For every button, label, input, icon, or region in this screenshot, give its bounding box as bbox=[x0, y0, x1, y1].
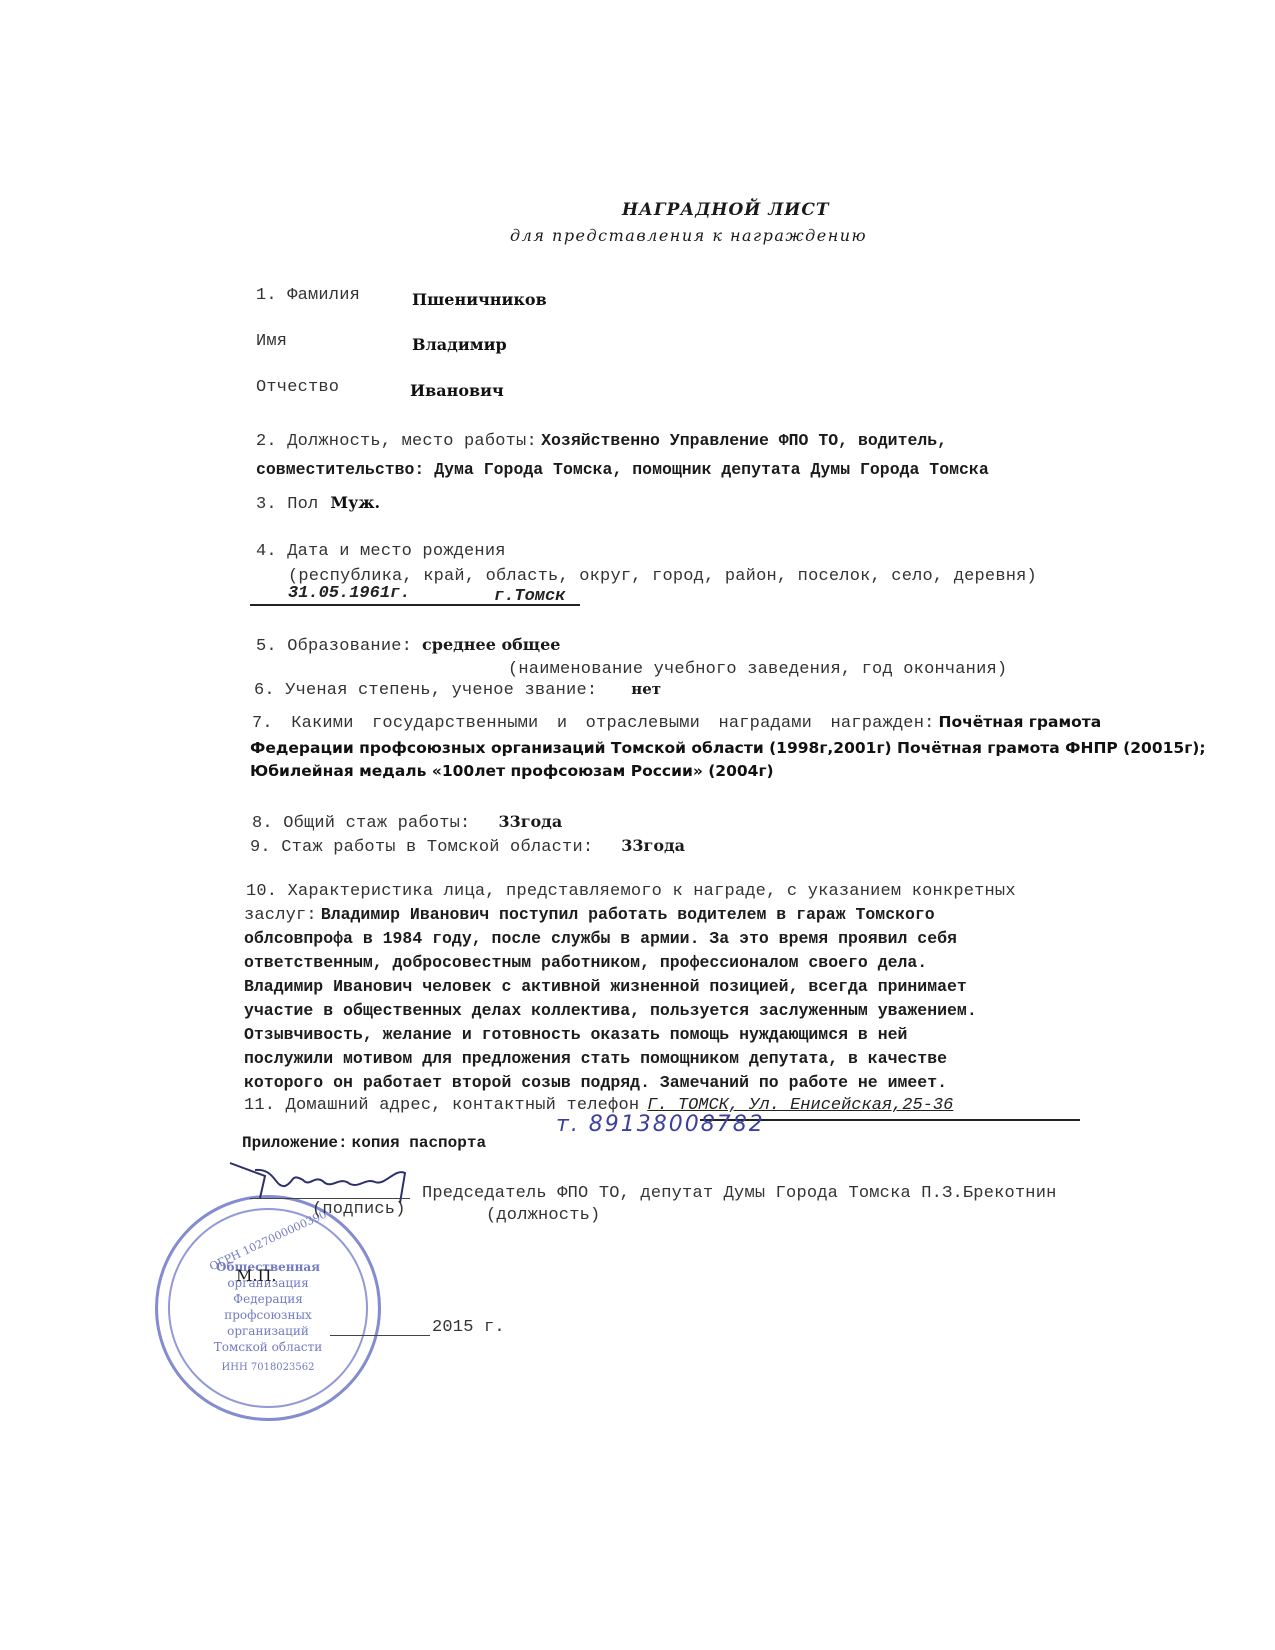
characteristic-text-5: участие в общественных делах коллектива,… bbox=[244, 1001, 977, 1022]
position-line-1: 2. Должность, место работы: Хозяйственно… bbox=[256, 430, 947, 451]
stamp-line-6: Томской области bbox=[158, 1340, 378, 1354]
patronymic-label: Отчество bbox=[256, 378, 339, 397]
document-year: 2015 г. bbox=[432, 1318, 505, 1337]
organization-stamp: ОГРН 1027000000390 Общественная организа… bbox=[155, 1195, 381, 1421]
awards-line-1: 7. Какими государственными и отраслевыми… bbox=[252, 713, 1192, 733]
attachment-value: копия паспорта bbox=[352, 1134, 486, 1152]
characteristic-text-7: послужили мотивом для предложения стать … bbox=[244, 1049, 947, 1070]
document-subtitle: для представления к награждению bbox=[510, 226, 867, 245]
signer-position: Председатель ФПО ТО, депутат Думы Города… bbox=[422, 1184, 1057, 1203]
birth-label: 4. Дата и место рождения bbox=[256, 542, 506, 561]
name-value: Владимир bbox=[412, 335, 507, 354]
characteristic-line-1: заслуг: Владимир Иванович поступил работ… bbox=[244, 905, 935, 926]
phone-handwritten: т. 89138008782 bbox=[556, 1112, 765, 1137]
awards-value-1: Почётная грамота bbox=[939, 713, 1102, 731]
degree-row: 6. Ученая степень, ученое звание: нет bbox=[254, 680, 661, 700]
characteristic-text-1: Владимир Иванович поступил работать води… bbox=[321, 905, 935, 924]
stamp-line-4: профсоюзных bbox=[158, 1308, 378, 1322]
signature-caption: (подпись) bbox=[312, 1200, 406, 1219]
stamp-inn: ИНН 7018023562 bbox=[158, 1362, 378, 1373]
gender-value: Муж. bbox=[330, 493, 380, 512]
regional-experience-value: 33года bbox=[621, 836, 685, 855]
date-line bbox=[330, 1335, 430, 1336]
position-caption: (должность) bbox=[486, 1206, 600, 1225]
gender-label: 3. Пол bbox=[256, 495, 318, 514]
degree-label: 6. Ученая степень, ученое звание: bbox=[254, 681, 597, 700]
characteristic-text-4: Владимир Иванович человек с активной жиз… bbox=[244, 977, 967, 998]
position-label: 2. Должность, место работы: bbox=[256, 432, 537, 451]
position-value-1: Хозяйственно Управление ФПО ТО, водитель… bbox=[541, 431, 947, 450]
characteristic-text-8: которого он работает второй созыв подряд… bbox=[244, 1073, 947, 1094]
birth-date: 31.05.1961г. bbox=[288, 584, 410, 603]
characteristic-text-2: облсовпрофа в 1984 году, после службы в … bbox=[244, 929, 957, 950]
education-value: среднее общее bbox=[422, 635, 560, 654]
seal-caption: М.П. bbox=[236, 1266, 277, 1285]
stamp-line-3: Федерация bbox=[158, 1292, 378, 1306]
regional-experience-label: 9. Стаж работы в Томской области: bbox=[250, 838, 593, 857]
characteristic-text-3: ответственным, добросовестным работником… bbox=[244, 953, 927, 974]
characteristic-text-6: Отзывчивость, желание и готовность оказа… bbox=[244, 1025, 907, 1046]
surname-value: Пшеничников bbox=[412, 290, 547, 309]
awards-value-2: Федерации профсоюзных организаций Томско… bbox=[250, 739, 1206, 757]
birth-underline bbox=[250, 604, 580, 606]
regional-experience-row: 9. Стаж работы в Томской области: 33года bbox=[250, 836, 685, 857]
total-experience-label: 8. Общий стаж работы: bbox=[252, 814, 470, 833]
attachment-label: Приложение: bbox=[242, 1134, 348, 1152]
education-label: 5. Образование: bbox=[256, 637, 412, 656]
characteristic-label-tail: заслуг: bbox=[244, 906, 317, 925]
name-label: Имя bbox=[256, 332, 287, 351]
attachment-row: Приложение: копия паспорта bbox=[242, 1134, 486, 1152]
document-title: НАГРАДНОЙ ЛИСТ bbox=[622, 200, 830, 220]
degree-value: нет bbox=[631, 680, 661, 698]
education-hint: (наименование учебного заведения, год ок… bbox=[508, 660, 1007, 679]
signature-line bbox=[250, 1198, 410, 1199]
characteristic-label: 10. Характеристика лица, представляемого… bbox=[246, 882, 1016, 901]
gender-row: 3. Пол Муж. bbox=[256, 493, 380, 514]
surname-label: 1. Фамилия bbox=[256, 286, 360, 305]
patronymic-value: Иванович bbox=[410, 381, 504, 400]
awards-value-3: Юбилейная медаль «100лет профсоюзам Росс… bbox=[250, 762, 774, 780]
education-row: 5. Образование: среднее общее bbox=[256, 635, 560, 656]
total-experience-row: 8. Общий стаж работы: 33года bbox=[252, 812, 562, 833]
position-value-2: совместительство: Дума Города Томска, по… bbox=[256, 460, 989, 479]
awards-label: 7. Какими государственными и отраслевыми… bbox=[252, 714, 935, 733]
total-experience-value: 33года bbox=[498, 812, 562, 831]
